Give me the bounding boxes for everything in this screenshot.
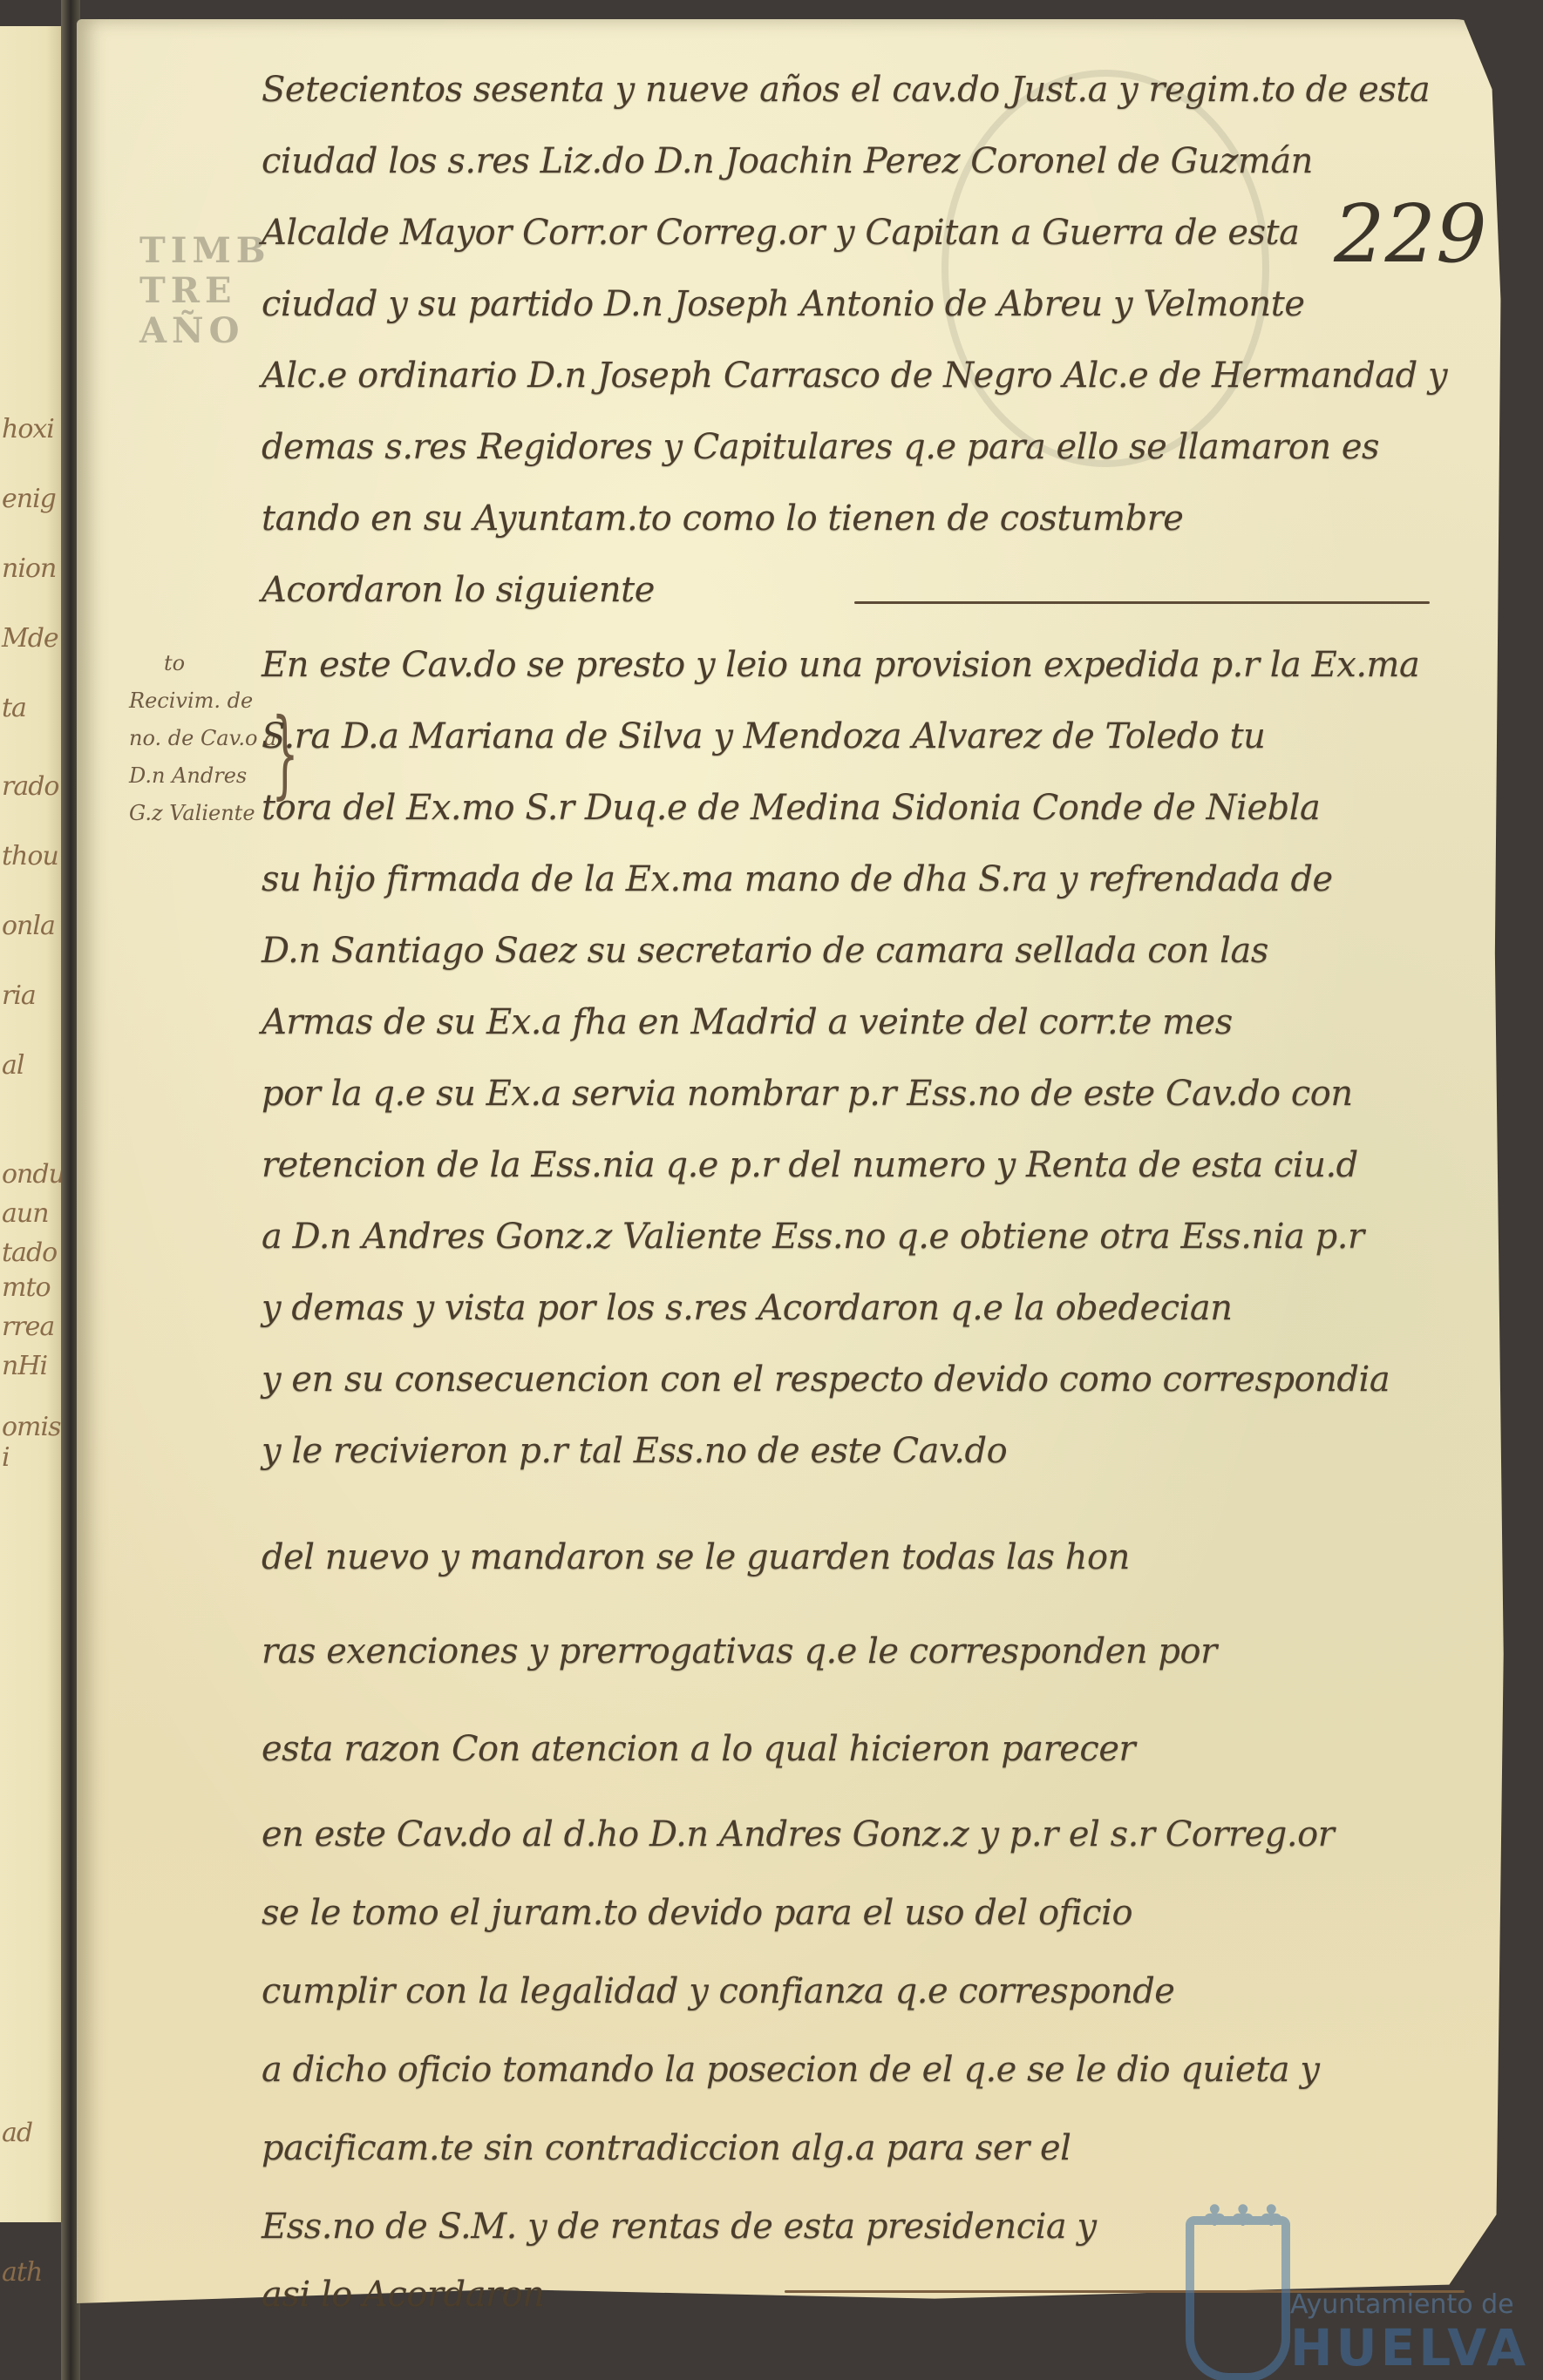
left-page-fragment: omis xyxy=(2,1412,61,1442)
bleed-through-seal xyxy=(941,70,1269,467)
coat-of-arms-icon xyxy=(1186,2216,1290,2380)
manuscript-line: esta razon Con atencion a lo qual hicier… xyxy=(262,1729,1482,1769)
manuscript-line: y demas y vista por los s.res Acordaron … xyxy=(262,1288,1482,1328)
manuscript-line: cumplir con la legalidad y confianza q.e… xyxy=(262,1971,1482,2011)
left-page-fragment: i xyxy=(2,1442,10,1473)
crown-icon: ♣♣♣ xyxy=(1201,2199,1286,2234)
manuscript-line: del nuevo y mandaron se le guarden todas… xyxy=(262,1537,1482,1577)
manuscript-line: S.ra D.a Mariana de Silva y Mendoza Alva… xyxy=(262,716,1482,756)
left-page-fragment: hoxi xyxy=(2,414,54,444)
margin-note-line: Recivim. de xyxy=(129,682,260,720)
margin-note: to Recivim. de no. de Cav.o a D.n Andres… xyxy=(129,645,260,832)
left-page-fragment: thou xyxy=(2,841,58,871)
manuscript-line: pacificam.te sin contradiccion alg.a par… xyxy=(262,2128,1482,2168)
left-page-fragment: enig xyxy=(2,484,56,514)
margin-note-line: D.n Andres xyxy=(129,757,260,795)
manuscript-line: Acordaron lo siguiente xyxy=(262,570,1482,610)
manuscript-line: tando en su Ayuntam.to como lo tienen de… xyxy=(262,498,1482,539)
manuscript-line: ciudad los s.res Liz.do D.n Joachin Pere… xyxy=(262,141,1482,181)
left-page-fragment: ondu xyxy=(2,1159,65,1190)
left-page-fragment: onla xyxy=(2,911,55,941)
left-page-fragment: rrea xyxy=(2,1312,54,1342)
manuscript-line: a D.n Andres Gonz.z Valiente Ess.no q.e … xyxy=(262,1217,1482,1257)
manuscript-line: y le recivieron p.r tal Ess.no de este C… xyxy=(262,1431,1482,1471)
left-page-fragment: ath xyxy=(2,2257,42,2288)
left-page-fragment: mto xyxy=(2,1272,51,1303)
line-filler-rule xyxy=(854,601,1430,604)
manuscript-line: se le tomo el juram.to devido para el us… xyxy=(262,1893,1482,1933)
manuscript-line: en este Cav.do al d.ho D.n Andres Gonz.z… xyxy=(262,1814,1482,1855)
manuscript-line: En este Cav.do se presto y leio una prov… xyxy=(262,645,1482,685)
left-page-fragment: aun xyxy=(2,1198,49,1229)
margin-note-line: G.z Valiente xyxy=(129,795,260,832)
left-page-fragment: ta xyxy=(2,693,26,723)
manuscript-line: Alcalde Mayor Corr.or Correg.or y Capita… xyxy=(262,213,1308,253)
manuscript-line: demas s.res Regidores y Capitulares q.e … xyxy=(262,427,1482,467)
manuscript-line: tora del Ex.mo S.r Duq.e de Medina Sidon… xyxy=(262,788,1482,828)
manuscript-line: ras exenciones y prerrogativas q.e le co… xyxy=(262,1631,1482,1671)
left-page-fragment: rado xyxy=(2,771,59,802)
left-page-fragment: nHi xyxy=(2,1351,47,1381)
manuscript-line: a dicho oficio tomando la posecion de el… xyxy=(262,2050,1482,2090)
manuscript-line: Setecientos sesenta y nueve años el cav.… xyxy=(262,70,1482,110)
folio-number: 229 xyxy=(1334,187,1487,281)
margin-note-line: to xyxy=(129,645,260,682)
left-page-fragment: ria xyxy=(2,980,36,1011)
left-page-fragment: Mde xyxy=(2,623,58,654)
manuscript-line: su hijo firmada de la Ex.ma mano de dha … xyxy=(262,859,1482,899)
left-page-fragment: ad xyxy=(2,2118,32,2148)
manuscript-line: Alc.e ordinario D.n Joseph Carrasco de N… xyxy=(262,356,1482,396)
watermark-line2: HUELVA xyxy=(1290,2318,1529,2377)
watermark-line1: Ayuntamiento de xyxy=(1290,2289,1514,2320)
margin-note-line: no. de Cav.o a xyxy=(129,720,260,757)
archive-watermark: ♣♣♣ Ayuntamiento de HUELVA xyxy=(1186,2209,1499,2375)
manuscript-line: por la q.e su Ex.a servia nombrar p.r Es… xyxy=(262,1074,1482,1114)
left-page-fragment: tado xyxy=(2,1237,57,1268)
manuscript-line: ciudad y su partido D.n Joseph Antonio d… xyxy=(262,284,1482,324)
manuscript-line: y en su consecuencion con el respecto de… xyxy=(262,1360,1482,1400)
manuscript-line: D.n Santiago Saez su secretario de camar… xyxy=(262,931,1482,971)
left-page-fragment: al xyxy=(2,1050,24,1081)
left-page-fragment: nion xyxy=(2,553,56,584)
manuscript-line: Armas de su Ex.a fha en Madrid a veinte … xyxy=(262,1002,1482,1042)
manuscript-line: retencion de la Ess.nia q.e p.r del nume… xyxy=(262,1145,1482,1185)
